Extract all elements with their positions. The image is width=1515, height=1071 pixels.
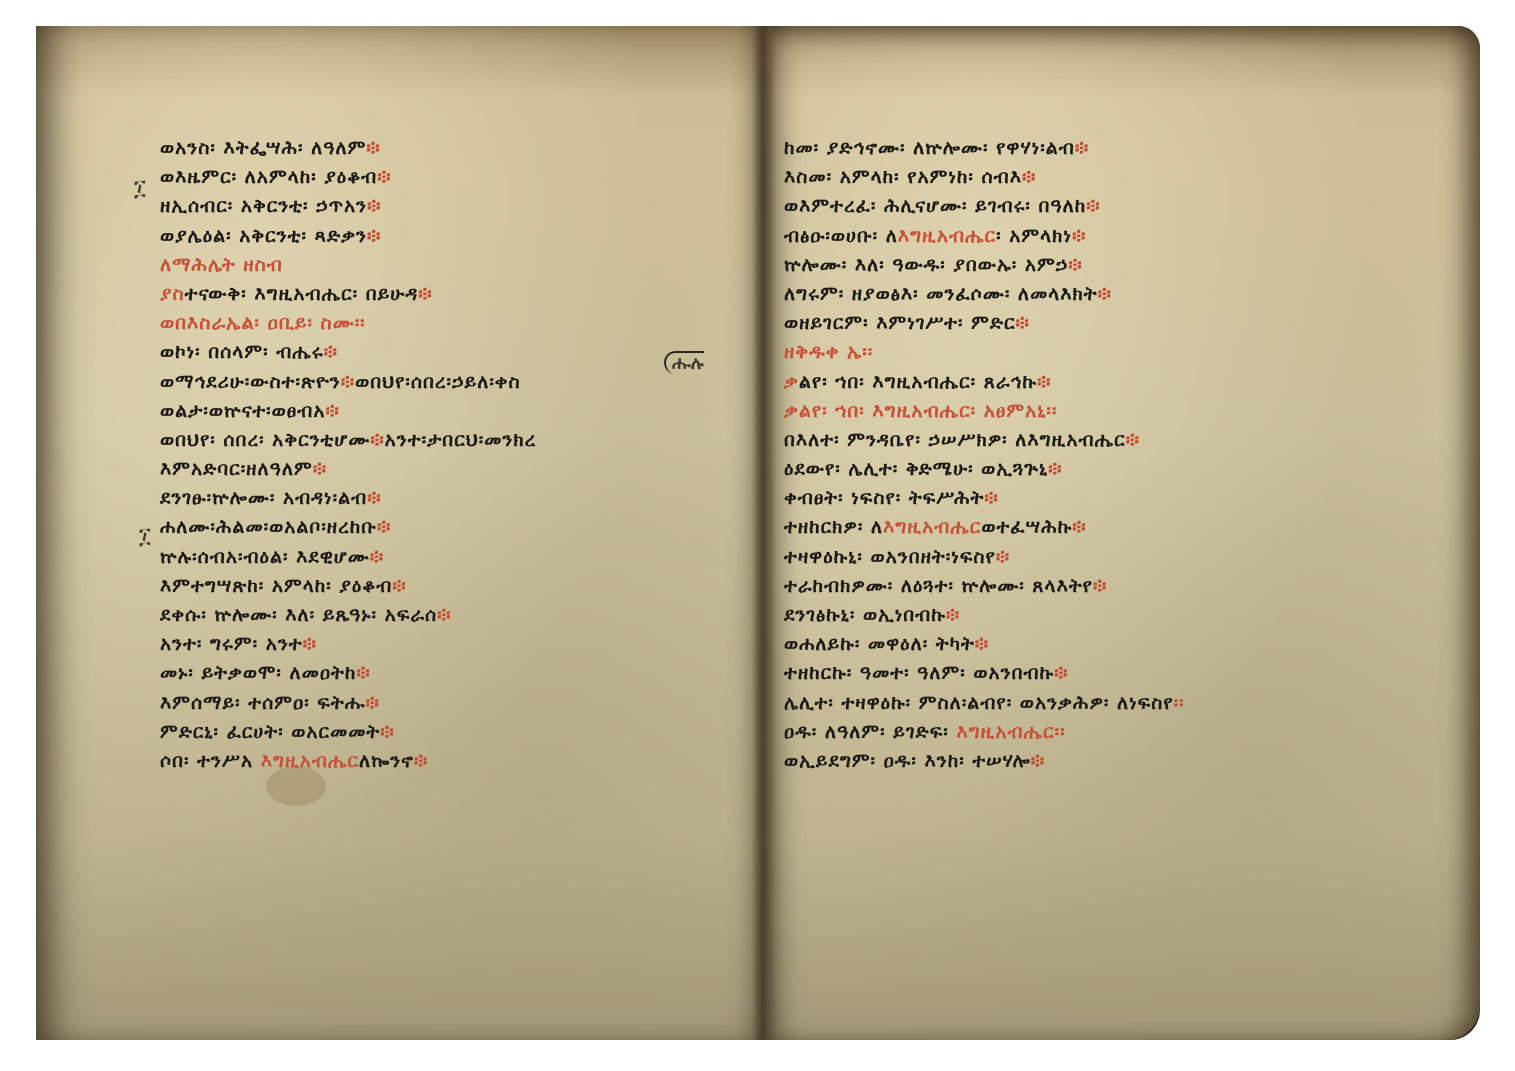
text-line: ቃልየ፡ ኀበ፡ እግዚአብሔር፡ ጸራኅኩ፨ <box>784 368 1354 397</box>
text-line: ወልታ፡ወኵናተ፡ወፀብአ፨ <box>160 397 720 426</box>
verse-end-mark: ፨ <box>303 633 317 655</box>
text-line: ዕደውየ፡ ሌሊተ፡ ቅድሜሁ፡ ወኢጓጕኒ፨ <box>784 455 1354 484</box>
rubric-divine-name: እግዚአብሔር <box>261 750 359 772</box>
verse-end-mark: ፨ <box>367 195 381 217</box>
text-line: ወእምተረፈ፡ ሕሊናሆሙ፡ ይገብሩ፡ በዓለከ፨ <box>784 192 1354 221</box>
text-line: ደንገፁ፡ኵሎሙ፡ አብዳነ፡ልብ፨ <box>160 484 720 513</box>
verse-end-mark: ፨ <box>1075 137 1089 159</box>
line-text: ተናውቅ፡ እግዚአብሔር፡ በይሁዳ <box>185 283 419 305</box>
line-text: ተዛዋዕኩኒ፡ ወአንበዘት፡ነፍስየ <box>784 546 996 568</box>
line-text: እስመ፡ አምላከ፡ የአምነከ፡ ሰብእ <box>784 166 1022 188</box>
verse-end-mark: ፨ <box>1086 195 1100 217</box>
text-line: ተዘከርክዎ፡ ለእግዚአብሔርወተፈሣሕኩ፨ <box>784 513 1354 542</box>
line-text: ወእምተረፈ፡ ሕሊናሆሙ፡ ይገብሩ፡ በዓለከ <box>784 195 1086 217</box>
verse-end-mark: ፡፡ <box>1055 721 1066 743</box>
line-text: ወማኅደሪሁ፡ውስተ፡ጽዮን <box>160 371 341 393</box>
line-text: ኵሎሙ፡ እለ፡ ዓውዱ፡ ያበውኡ፡ አምኃ <box>784 254 1068 276</box>
rubric-line: ዘቅዱቀ ኤ፡፡ <box>784 338 1354 367</box>
line-text: ከመ፡ ያድኅኖሙ፡ ለኵሎሙ፡ የዋሃነ፡ልብ <box>784 137 1075 159</box>
line-text: ተዘከርኩ፡ ዓመተ፡ ዓለም፡ ወአንበብኩ <box>784 662 1054 684</box>
line-text: ዕደውየ፡ ሌሊተ፡ ቅድሜሁ፡ ወኢጓጕኒ <box>784 458 1048 480</box>
verse-end-mark: ፨ <box>365 692 379 714</box>
verse-end-mark: ፨ <box>1054 662 1068 684</box>
line-text: ለግሩም፡ ዘያወፅእ፡ መንፈሶሙ፡ ለመላእክት <box>784 283 1098 305</box>
line-text: ሐለሙ፡ሕልመ፡ወአልቦ፡ዘረከቡ <box>160 516 377 538</box>
margin-numeral-note: ፲ <box>139 524 151 549</box>
text-line: ኵሉ፡ሰብአ፡ብዕል፡ እደዊሆሙ፨ <box>160 543 720 572</box>
line-text: ብፅዑ፡ወሀቡ፡ ለ <box>784 225 898 247</box>
verse-end-mark: ፨ <box>325 400 339 422</box>
text-line: እምተግሣጽከ፡ አምላከ፡ ያዕቆብ፨ <box>160 572 720 601</box>
line-text: እምሰማይ፡ ተሰምዐ፡ ፍትሑ <box>160 692 365 714</box>
line-text-continued: አንተ፡ታበርህ፡መንክረ <box>385 429 537 451</box>
text-line: ወኮነ፡ በሰላም፡ ብሔሩ፨ <box>160 338 720 367</box>
verse-end-mark: ፨ <box>370 429 384 451</box>
text-line: ብፅዑ፡ወሀቡ፡ ለእግዚአብሔር፡ አምላክነ፨ <box>784 222 1354 251</box>
line-text: ወእዜምር፡ ለአምላከ፡ ያዕቆብ <box>160 166 377 188</box>
line-text: ደንገፁ፡ኵሎሙ፡ አብዳነ፡ልብ <box>160 487 367 509</box>
line-text: ወያሌዕል፡ አቅርንቲ፡ ጻድቃን <box>160 225 367 247</box>
line-text: ወዘይገርም፡ እምነገሥተ፡ ምድር <box>784 312 1015 334</box>
verse-end-mark: ፨ <box>392 575 406 597</box>
line-text: በእለተ፡ ምንዳቤየ፡ ኃሠሥክዎ፡ ለእግዚአብሔር <box>784 429 1126 451</box>
text-line: ወበህየ፡ ሰበረ፡ አቅርንቲሆሙ፨አንተ፡ታበርህ፡መንክረ <box>160 426 720 455</box>
line-text: እምአድባር፡ዘለዓለም <box>160 458 313 480</box>
line-text: ለማሕሌት ዘስብ <box>160 254 283 276</box>
text-line: ቀብፀት፡ ነፍስየ፡ ትፍሥሕት፨ <box>784 484 1354 513</box>
line-text: ቀብፀት፡ ነፍስየ፡ ትፍሥሕት <box>784 487 984 509</box>
text-line: ደንገፅኩኒ፡ ወኢነበብኩ፨ <box>784 601 1354 630</box>
verse-end-mark: ፨ <box>1031 750 1045 772</box>
verse-end-mark: ፨ <box>356 662 370 684</box>
text-line: መኑ፡ ይትቃወሞ፡ ለመዐትከ፨ <box>160 659 720 688</box>
verse-end-mark: ፨ <box>367 225 381 247</box>
line-text-continued: ወበህየ፡ሰበረ፡ኃይለ፡ቀስ <box>355 371 521 393</box>
verse-end-mark: ፨ <box>984 487 998 509</box>
text-line: ምድርኒ፡ ፈርሀት፡ ወአርመመት፨ <box>160 718 720 747</box>
verse-end-mark: ፨ <box>1022 166 1036 188</box>
verse-end-mark: ፨ <box>1068 254 1082 276</box>
text-line: ከመ፡ ያድኅኖሙ፡ ለኵሎሙ፡ የዋሃነ፡ልብ፨ <box>784 134 1354 163</box>
line-text: ተዘከርክዎ፡ ለ <box>784 516 883 538</box>
verse-end-mark: ፡፡ <box>1174 692 1185 714</box>
line-text: ወልታ፡ወኵናተ፡ወፀብአ <box>160 400 325 422</box>
text-line: እስመ፡ አምላከ፡ የአምነከ፡ ሰብእ፨ <box>784 163 1354 192</box>
line-text: ልየ፡ ኀበ፡ እግዚአብሔር፡ ጸራኅኩ <box>799 371 1037 393</box>
text-line: ሌሊተ፡ ተዛዋዕኩ፡ ምስለ፡ልብየ፡ ወአንቃሕዎ፡ ለነፍስየ፡፡ <box>784 689 1354 718</box>
verse-end-mark: ፨ <box>1015 312 1029 334</box>
text-line: ሶበ፡ ተንሥአ እግዚአብሔርለኰንኖ፨ <box>160 747 720 776</box>
verse-end-mark: ፨ <box>1037 371 1051 393</box>
rubric-divine-name: እግዚአብሔር <box>898 225 996 247</box>
text-line: ወያሌዕል፡ አቅርንቲ፡ ጻድቃን፨ <box>160 222 720 251</box>
text-line: ወማኅደሪሁ፡ውስተ፡ጽዮን፨ወበህየ፡ሰበረ፡ኃይለ፡ቀስ <box>160 368 720 397</box>
verse-end-mark: ፨ <box>1072 225 1086 247</box>
rubric-line: ወበእስራኤል፡ ዐቢይ፡ ስሙ፡፡ <box>160 309 720 338</box>
verse-end-mark: ፨ <box>367 487 381 509</box>
line-text-continued: ወተፈሣሕኩ <box>981 516 1072 538</box>
verse-end-mark: ፨ <box>1126 429 1140 451</box>
margin-numeral-note: ፲ <box>134 176 146 201</box>
text-line: ወዘይገርም፡ እምነገሥተ፡ ምድር፨ <box>784 309 1354 338</box>
verse-end-mark: ፨ <box>380 721 394 743</box>
text-line: ለግሩም፡ ዘያወፅእ፡ መንፈሶሙ፡ ለመላእክት፨ <box>784 280 1354 309</box>
text-line: ኵሎሙ፡ እለ፡ ዓውዱ፡ ያበውኡ፡ አምኃ፨ <box>784 251 1354 280</box>
line-text: ወሐለይኩ፡ መዋዕለ፡ ትካት <box>784 633 975 655</box>
line-text: ደቀሱ፡ ኵሎሙ፡ እለ፡ ይጼዓኑ፡ አፍራሰ <box>160 604 437 626</box>
text-line: ወአንስ፡ እትፌሣሕ፡ ለዓለም፨ <box>160 134 720 163</box>
line-text: ሌሊተ፡ ተዛዋዕኩ፡ ምስለ፡ልብየ፡ ወአንቃሕዎ፡ ለነፍስየ <box>784 692 1174 714</box>
text-line: ወኢይደግም፡ ዐዱ፡ እንከ፡ ተሠሃሎ፨ <box>784 747 1354 776</box>
verse-end-mark: ፨ <box>437 604 451 626</box>
rubric-divine-name: እግዚአብሔር <box>956 721 1054 743</box>
line-text-continued: ለኰንኖ <box>359 750 414 772</box>
text-line: ዐዱ፡ ለዓለም፡ ይገድፍ፡ እግዚአብሔር፡፡ <box>784 718 1354 747</box>
line-text: ዐዱ፡ ለዓለም፡ ይገድፍ፡ <box>784 721 956 743</box>
line-text: ወበእስራኤል፡ ዐቢይ፡ ስሙ፡፡ <box>160 312 366 334</box>
text-line: በእለተ፡ ምንዳቤየ፡ ኃሠሥክዎ፡ ለእግዚአብሔር፨ <box>784 426 1354 455</box>
line-text: ኵሉ፡ሰብአ፡ብዕል፡ እደዊሆሙ <box>160 546 370 568</box>
rubric-initial: ቃ <box>784 371 799 393</box>
line-text: ወአንስ፡ እትፌሣሕ፡ ለዓለም <box>160 137 366 159</box>
right-page-text-column: ከመ፡ ያድኅኖሙ፡ ለኵሎሙ፡ የዋሃነ፡ልብ፨እስመ፡ አምላከ፡ የአምነ… <box>784 134 1354 776</box>
line-text: ወኮነ፡ በሰላም፡ ብሔሩ <box>160 341 324 363</box>
text-line: እምሰማይ፡ ተሰምዐ፡ ፍትሑ፨ <box>160 689 720 718</box>
text-line: ወእዜምር፡ ለአምላከ፡ ያዕቆብ፨ <box>160 163 720 192</box>
verse-end-mark: ፨ <box>313 458 327 480</box>
line-text: ሶበ፡ ተንሥአ <box>160 750 261 772</box>
verse-end-mark: ፨ <box>414 750 428 772</box>
rubric-line: ቃልየ፡ ኀበ፡ እግዚአብሔር፡ አፀምአኒ፡፡ <box>784 397 1354 426</box>
text-line: ተዘከርኩ፡ ዓመተ፡ ዓለም፡ ወአንበብኩ፨ <box>784 659 1354 688</box>
verse-end-mark: ፨ <box>996 546 1010 568</box>
text-line: ተራከብክዎሙ፡ ለዕጓተ፡ ኵሎሙ፡ ጸላእትየ፨ <box>784 572 1354 601</box>
line-text: እምተግሣጽከ፡ አምላከ፡ ያዕቆብ <box>160 575 392 597</box>
left-page-text-column: ወአንስ፡ እትፌሣሕ፡ ለዓለም፨ወእዜምር፡ ለአምላከ፡ ያዕቆብ፨ዘኢሰ… <box>160 134 720 776</box>
rubric-line: ለማሕሌት ዘስብ <box>160 251 720 280</box>
line-text: ደንገፅኩኒ፡ ወኢነበብኩ <box>784 604 946 626</box>
line-text: ዘቅዱቀ ኤ፡፡ <box>784 341 873 363</box>
verse-end-mark: ፨ <box>1093 575 1107 597</box>
text-line: ተዛዋዕኩኒ፡ ወአንበዘት፡ነፍስየ፨ <box>784 543 1354 572</box>
line-text-continued: ፡ አምላክነ <box>996 225 1072 247</box>
book-gutter <box>752 26 776 1040</box>
line-text: ወበህየ፡ ሰበረ፡ አቅርንቲሆሙ <box>160 429 370 451</box>
line-text: ቃልየ፡ ኀበ፡ እግዚአብሔር፡ አፀምአኒ፡፡ <box>784 400 1057 422</box>
text-line: ያስተናውቅ፡ እግዚአብሔር፡ በይሁዳ፨ <box>160 280 720 309</box>
text-line: ዘኢሰብር፡ አቅርንቲ፡ ኃጥአን፨ <box>160 192 720 221</box>
verse-end-mark: ፨ <box>1048 458 1062 480</box>
verse-end-mark: ፨ <box>418 283 432 305</box>
verse-end-mark: ፨ <box>341 371 355 393</box>
line-text: መኑ፡ ይትቃወሞ፡ ለመዐትከ <box>160 662 356 684</box>
rubric-initial: ያስ <box>160 283 185 305</box>
verse-end-mark: ፨ <box>1098 283 1112 305</box>
manuscript-spread: ፲ ፲ ሑሉ ወአንስ፡ እትፌሣሕ፡ ለዓለም፨ወእዜምር፡ ለአምላከ፡ ያ… <box>36 26 1480 1040</box>
text-line: ደቀሱ፡ ኵሎሙ፡ እለ፡ ይጼዓኑ፡ አፍራሰ፨ <box>160 601 720 630</box>
verse-end-mark: ፨ <box>1072 516 1086 538</box>
verse-end-mark: ፨ <box>975 633 989 655</box>
verse-end-mark: ፨ <box>366 137 380 159</box>
text-line: አንተ፡ ግሩም፡ አንተ፨ <box>160 630 720 659</box>
verse-end-mark: ፨ <box>370 546 384 568</box>
verse-end-mark: ፨ <box>377 166 391 188</box>
text-line: ወሐለይኩ፡ መዋዕለ፡ ትካት፨ <box>784 630 1354 659</box>
line-text: ተራከብክዎሙ፡ ለዕጓተ፡ ኵሎሙ፡ ጸላእትየ <box>784 575 1093 597</box>
text-line: ሐለሙ፡ሕልመ፡ወአልቦ፡ዘረከቡ፨ <box>160 513 720 542</box>
text-line: እምአድባር፡ዘለዓለም፨ <box>160 455 720 484</box>
left-page: ፲ ፲ ሑሉ ወአንስ፡ እትፌሣሕ፡ ለዓለም፨ወእዜምር፡ ለአምላከ፡ ያ… <box>36 26 764 1040</box>
verse-end-mark: ፨ <box>324 341 338 363</box>
verse-end-mark: ፨ <box>946 604 960 626</box>
line-text: ምድርኒ፡ ፈርሀት፡ ወአርመመት <box>160 721 380 743</box>
rubric-divine-name: እግዚአብሔር <box>883 516 981 538</box>
verse-end-mark: ፨ <box>377 516 391 538</box>
line-text: ዘኢሰብር፡ አቅርንቲ፡ ኃጥአን <box>160 195 367 217</box>
right-page: ከመ፡ ያድኅኖሙ፡ ለኵሎሙ፡ የዋሃነ፡ልብ፨እስመ፡ አምላከ፡ የአምነ… <box>764 26 1480 1040</box>
line-text: ወኢይደግም፡ ዐዱ፡ እንከ፡ ተሠሃሎ <box>784 750 1031 772</box>
line-text: አንተ፡ ግሩም፡ አንተ <box>160 633 303 655</box>
